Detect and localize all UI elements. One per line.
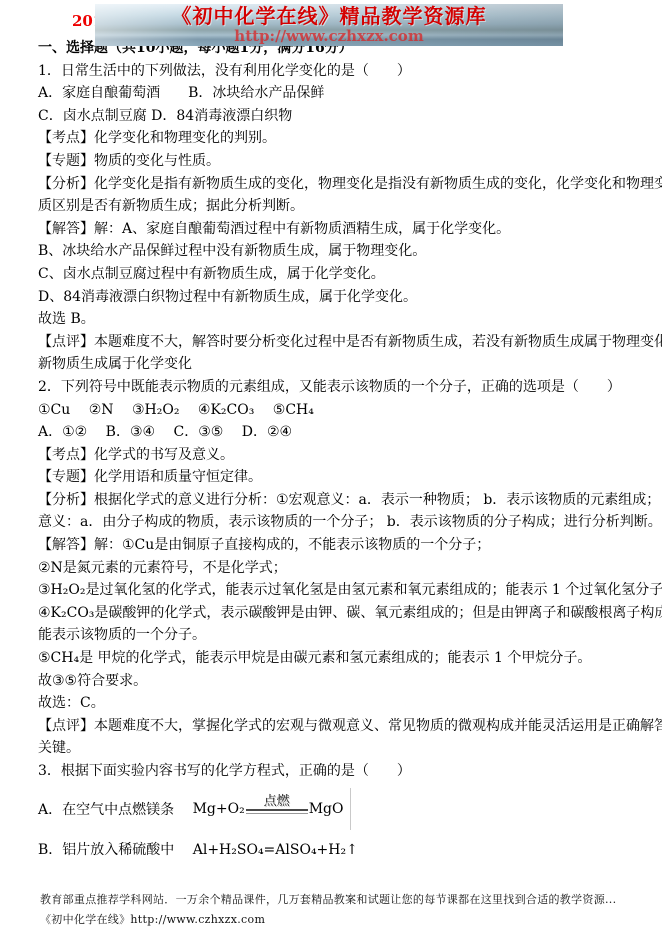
document-body: 一、选择题（共10小题，每小题1分，满分16分） 1．日常生活中的下列做法，没有… (38, 37, 634, 783)
document-page: 《初中化学在线》精品教学资源库 http://www.czhxzx.com 20… (0, 0, 662, 935)
doc-line: ⑤CH₄是 甲烷的化学式，能表示甲烷是由碳元素和氢元素组成的；能表示 1 个甲烷… (38, 647, 634, 670)
doc-line: 故选 B。 (38, 308, 634, 331)
doc-line: 【点评】本题难度不大，解答时要分析变化过程中是否有新物质生成，若没有新物质生成属… (38, 331, 634, 354)
doc-line: 【解答】解：A、家庭自酿葡萄酒过程中有新物质酒精生成，属于化学变化。 (38, 218, 634, 241)
equation-double-line (246, 809, 308, 814)
doc-line: 【分析】根据化学式的意义进行分析：①宏观意义：a．表示一种物质； b．表示该物质… (38, 489, 634, 512)
doc-line: 【考点】化学变化和物理变化的判别。 (38, 127, 634, 150)
reaction-condition-stack: 点燃 (246, 794, 308, 814)
doc-line: 2．下列符号中既能表示物质的元素组成，又能表示该物质的一个分子，正确的选项是（ … (38, 376, 634, 399)
equation-lhs: Mg+O₂ (193, 801, 245, 817)
option-a-label: A．在空气中点燃镁条 (38, 799, 193, 819)
doc-line: A．①② B．③④ C．③⑤ D．②④ (38, 421, 634, 444)
doc-line: ①Cu ②N ③H₂O₂ ④K₂CO₃ ⑤CH₄ (38, 399, 634, 422)
document-lines: 1．日常生活中的下列做法，没有利用化学变化的是（ ）A．家庭自酿葡萄酒 B．冰块… (38, 60, 634, 783)
doc-line: 故③⑤符合要求。 (38, 670, 634, 693)
doc-line: 【分析】化学变化是指有新物质生成的变化，物理变化是指没有新物质生成的变化，化学变… (38, 173, 634, 196)
ignite-condition-label: 点燃 (264, 794, 290, 809)
banner-site-title: 《初中化学在线》精品教学资源库 (95, 5, 563, 28)
doc-line: 【专题】物质的变化与性质。 (38, 150, 634, 173)
doc-line: 【专题】化学用语和质量守恒定律。 (38, 466, 634, 489)
doc-line: 【考点】化学式的书写及意义。 (38, 444, 634, 467)
doc-line: 3．根据下面实验内容书写的化学方程式，正确的是（ ） (38, 760, 634, 783)
banner-site-url: http://www.czhxzx.com (95, 28, 563, 44)
doc-line: 1．日常生活中的下列做法，没有利用化学变化的是（ ） (38, 60, 634, 83)
doc-line: B、冰块给水产品保鲜过程中没有新物质生成，属于物理变化。 (38, 240, 634, 263)
doc-line: 关键。 (38, 737, 634, 760)
doc-line: 意义：a．由分子构成的物质，表示该物质的一个分子； b．表示该物质的分子构成；进… (38, 511, 634, 534)
doc-line: ④K₂CO₃是碳酸钾的化学式，表示碳酸钾是由钾、碳、氧元素组成的；但是由钾离子和… (38, 602, 634, 625)
doc-line: A．家庭自酿葡萄酒 B．冰块给水产品保鲜 (38, 82, 634, 105)
footer-promo-text: 教育部重点推荐学科网站．一万余个精品课件，几万套精品教案和试题让您的每节课都在这… (40, 890, 628, 930)
site-banner-image: 《初中化学在线》精品教学资源库 http://www.czhxzx.com (95, 4, 563, 46)
doc-line: C．卤水点制豆腐 D．84消毒液漂白织物 (38, 105, 634, 128)
doc-line: 质区别是否有新物质生成；据此分析判断。 (38, 195, 634, 218)
question-3-option-a: A．在空气中点燃镁条 Mg+O₂点燃MgO (38, 786, 662, 832)
doc-line: 【点评】本题难度不大，掌握化学式的宏观与微观意义、常见物质的微观构成并能灵活运用… (38, 715, 634, 738)
image-border-artifact (350, 788, 351, 830)
doc-line: ③H₂O₂是过氧化氢的化学式，能表示过氧化氢是由氢元素和氧元素组成的；能表示 1… (38, 579, 634, 602)
doc-line: D、84消毒液漂白织物过程中有新物质生成，属于化学变化。 (38, 286, 634, 309)
doc-line: 【解答】解：①Cu是由铜原子直接构成的，不能表示该物质的一个分子； (38, 534, 634, 557)
doc-line: ②N是氮元素的元素符号，不是化学式； (38, 557, 634, 580)
doc-line: 新物质生成属于化学变化 (38, 353, 634, 376)
chemical-equation: Mg+O₂点燃MgO (193, 799, 344, 819)
doc-line: 故选：C。 (38, 692, 634, 715)
equation-rhs: MgO (309, 801, 344, 817)
doc-line: C、卤水点制豆腐过程中有新物质生成，属于化学变化。 (38, 263, 634, 286)
question-3-option-b: B．铝片放入稀硫酸中 Al+H₂SO₄=AlSO₄+H₂↑ (38, 839, 662, 862)
doc-line: 能表示该物质的一个分子。 (38, 624, 634, 647)
